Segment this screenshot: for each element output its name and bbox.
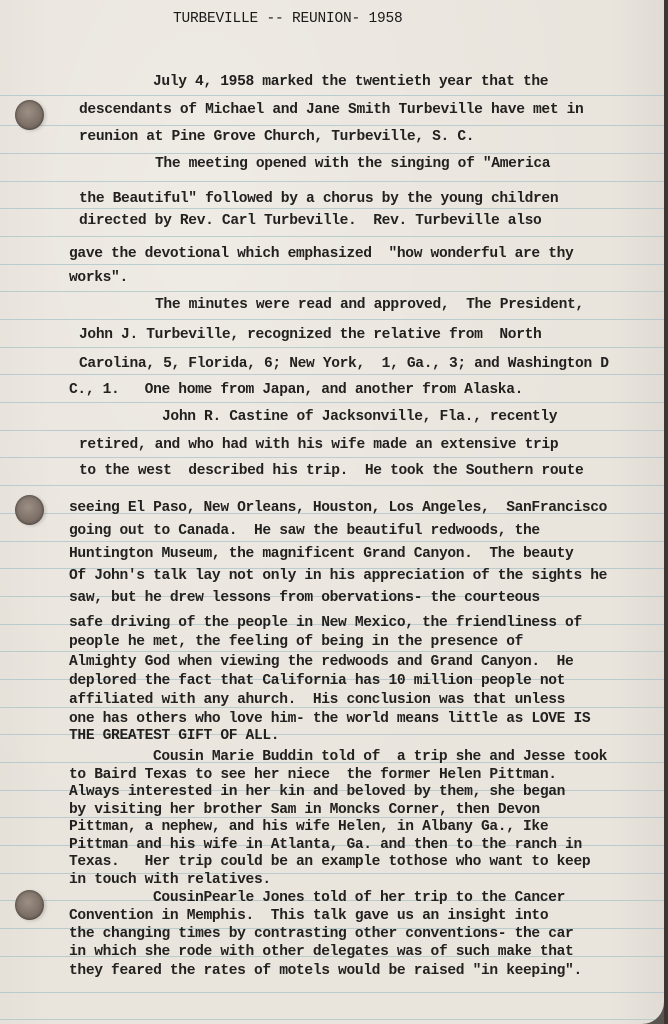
ruled-line xyxy=(0,181,664,182)
text-line: Carolina, 5, Florida, 6; New York, 1, Ga… xyxy=(79,355,609,373)
text-line: the changing times by contrasting other … xyxy=(69,925,573,943)
text-line: directed by Rev. Carl Turbeville. Rev. T… xyxy=(79,212,541,230)
text-line: Pittman, a nephew, and his wife Helen, i… xyxy=(69,818,548,836)
ruled-line xyxy=(0,402,664,403)
text-line: by visiting her brother Sam in Moncks Co… xyxy=(69,801,540,819)
ruled-line xyxy=(0,319,664,320)
page-edge-shadow xyxy=(664,0,668,1024)
text-line: deplored the fact that California has 10… xyxy=(69,672,565,690)
text-line: Huntington Museum, the magnificent Grand… xyxy=(69,545,573,563)
text-line: Cousin Marie Buddin told of a trip she a… xyxy=(153,748,607,766)
text-line: retired, and who had with his wife made … xyxy=(79,436,558,454)
text-line: John R. Castine of Jacksonville, Fla., r… xyxy=(162,408,557,426)
document-page: TURBEVILLE -- REUNION- 1958 July 4, 1958… xyxy=(0,0,664,1024)
ruled-line xyxy=(0,208,664,209)
ruled-line xyxy=(0,651,664,652)
punch-hole xyxy=(15,100,44,130)
text-line: Texas. Her trip could be an example toth… xyxy=(69,853,590,871)
text-line: one has others who love him- the world m… xyxy=(69,710,590,728)
text-line: safe driving of the people in New Mexico… xyxy=(69,614,582,632)
text-line: in touch with relatives. xyxy=(69,871,271,889)
text-line: Of John's talk lay not only in his appre… xyxy=(69,567,607,585)
ruled-line xyxy=(0,291,664,292)
ruled-line xyxy=(0,264,664,265)
text-line: seeing El Paso, New Orleans, Houston, Lo… xyxy=(69,499,607,517)
ruled-line xyxy=(0,236,664,237)
ruled-line xyxy=(0,374,664,375)
text-line: Pittman and his wife in Atlanta, Ga. and… xyxy=(69,836,582,854)
text-line: to the west described his trip. He took … xyxy=(79,462,583,480)
text-line: THE GREATEST GIFT OF ALL. xyxy=(69,727,279,745)
text-line: C., 1. One home from Japan, and another … xyxy=(69,381,523,399)
text-line: Always interested in her kin and beloved… xyxy=(69,783,565,801)
text-line: to Baird Texas to see her niece the form… xyxy=(69,766,557,784)
ruled-line xyxy=(0,95,664,96)
text-line: in which she rode with other delegates w… xyxy=(69,943,573,961)
ruled-line xyxy=(0,457,664,458)
ruled-line xyxy=(0,125,664,126)
text-line: The meeting opened with the singing of "… xyxy=(155,155,550,173)
text-line: they feared the rates of motels would be… xyxy=(69,962,582,980)
text-line: the Beautiful" followed by a chorus by t… xyxy=(79,190,558,208)
document-title: TURBEVILLE -- REUNION- 1958 xyxy=(173,11,403,27)
text-line: descendants of Michael and Jane Smith Tu… xyxy=(79,101,583,119)
ruled-line xyxy=(0,153,664,154)
text-line: Almighty God when viewing the redwoods a… xyxy=(69,653,573,671)
ruled-line xyxy=(0,430,664,431)
ruled-line xyxy=(0,541,664,542)
text-line: CousinPearle Jones told of her trip to t… xyxy=(153,889,565,907)
text-line: reunion at Pine Grove Church, Turbeville… xyxy=(79,128,474,146)
ruled-line xyxy=(0,992,664,993)
text-line: people he met, the feeling of being in t… xyxy=(69,633,523,651)
ruled-line xyxy=(0,347,664,348)
text-line: Convention in Memphis. This talk gave us… xyxy=(69,907,548,925)
text-line: gave the devotional which emphasized "ho… xyxy=(69,245,573,263)
text-line: July 4, 1958 marked the twentieth year t… xyxy=(153,73,548,91)
text-line: affiliated with any ahurch. His conclusi… xyxy=(69,691,565,709)
text-line: The minutes were read and approved, The … xyxy=(155,296,584,314)
text-line: saw, but he drew lessons from obervation… xyxy=(69,589,540,607)
text-line: John J. Turbeville, recognized the relat… xyxy=(79,326,541,344)
punch-hole xyxy=(15,890,44,920)
punch-hole xyxy=(15,495,44,525)
text-line: going out to Canada. He saw the beautifu… xyxy=(69,522,540,540)
text-line: works". xyxy=(69,269,128,287)
ruled-line xyxy=(0,485,664,486)
ruled-line xyxy=(0,1019,664,1020)
